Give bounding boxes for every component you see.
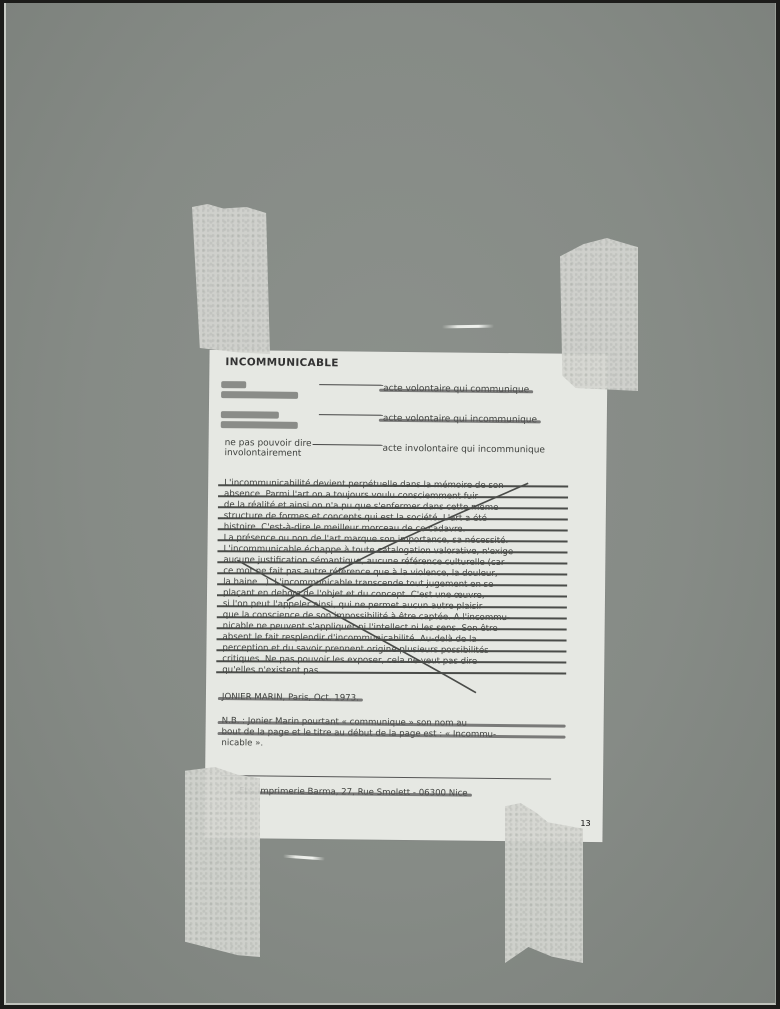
def-left-1: dire <box>225 378 242 388</box>
def-left-2: involontairement <box>224 448 301 459</box>
sheet-title: INCOMMUNICABLE <box>225 356 565 372</box>
typed-sheet: INCOMMUNICABLE direvolontairement acte v… <box>204 350 607 842</box>
nota-bene: N.B. : Jonier Marin pourtant « communiqu… <box>221 716 561 753</box>
masking-tape-bottom-left <box>185 767 260 957</box>
def-left-2: volontairement <box>225 388 294 399</box>
definition-row: ne pas pouvoir direinvolontairement acte… <box>224 438 564 472</box>
def-right: acte volontaire qui incommunique <box>383 414 537 426</box>
definition-row: direvolontairement acte volontaire qui c… <box>225 378 565 412</box>
def-right: acte involontaire qui incommunique <box>382 444 545 456</box>
signature: JONIER MARIN, Paris, Oct. 1973. <box>222 692 359 703</box>
footer-rule <box>221 775 551 779</box>
def-left-1: ne pas dire <box>225 408 275 419</box>
printer-credit: Ets. Imprimerie Barma, 27, Rue Smolett -… <box>239 786 468 798</box>
definition-row: ne pas direvolontairement acte volontair… <box>225 408 565 442</box>
masking-tape-top-right <box>560 238 638 391</box>
def-right: acte volontaire qui communique <box>383 384 529 396</box>
manifesto-body: L'incommunicabilité devient perpétuelle … <box>222 478 564 680</box>
masking-tape-top-left <box>192 204 270 354</box>
def-left-2: volontairement <box>225 418 294 429</box>
body-line: qu'elles n'existent pas. <box>222 665 562 680</box>
page-number: 13 <box>580 819 590 828</box>
masking-tape-bottom-right <box>505 803 583 963</box>
